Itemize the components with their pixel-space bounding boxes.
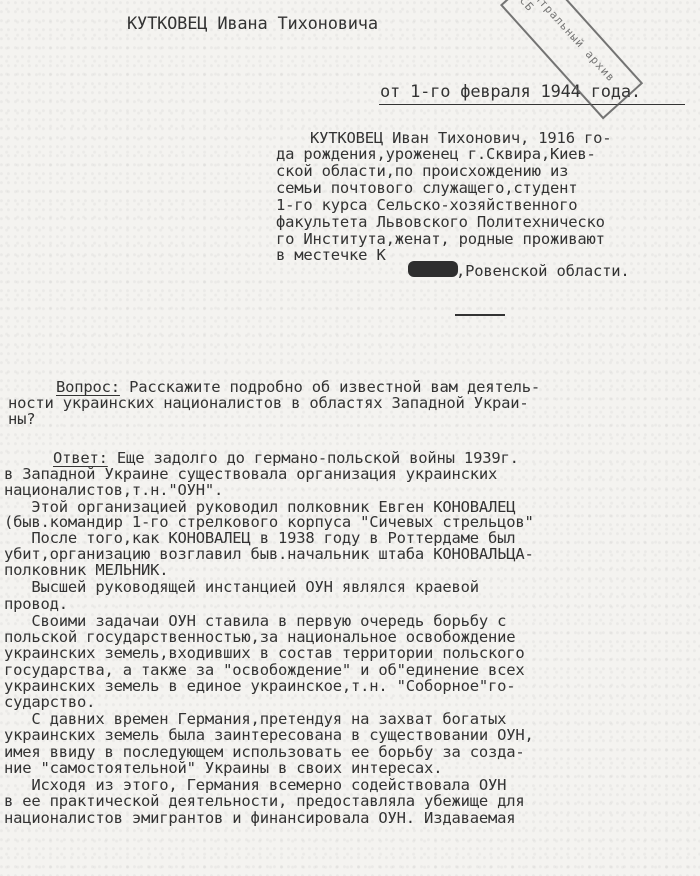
date-underline (379, 104, 685, 105)
text-line: сударство. (4, 695, 95, 711)
line-text: ние "самостоятельной" Украины в своих ин… (4, 759, 442, 777)
line-text: украинских земель была заинтересована в … (4, 726, 534, 744)
line-text: украинских земель,входивших в состав тер… (4, 644, 525, 662)
line-text: ны? (8, 410, 35, 428)
bio-line: в местечке К (276, 248, 386, 264)
bio-line: семьи почтового служащего,студент (276, 181, 577, 197)
text-line: ности украинских националистов в областя… (8, 396, 529, 412)
line-text: полковник МЕЛЬНИК. (4, 561, 168, 579)
text-line: ние "самостоятельной" Украины в своих ин… (4, 761, 442, 777)
line-text: националистов,т.н."ОУН". (4, 481, 223, 499)
line-text: в ее практической деятельности, предоста… (4, 792, 525, 810)
text-line: украинских земель,входивших в состав тер… (4, 646, 525, 662)
bio-line: 1-го курса Сельско-хозяйственного (276, 198, 577, 214)
text-line: националистов,т.н."ОУН". (4, 483, 223, 499)
text-line: в ее практической деятельности, предоста… (4, 794, 525, 810)
line-text: ности украинских националистов в областя… (8, 394, 529, 412)
line-text: провод. (4, 595, 68, 613)
separator-dash (455, 314, 505, 316)
line-text: националистов эмигрантов и финансировала… (4, 809, 515, 827)
line-text: сударство. (4, 693, 95, 711)
bio-line: ской области,по происхождению из (276, 164, 568, 180)
bio-line: да рождения,уроженец г.Сквира,Киев- (276, 147, 596, 163)
document-page: КУТКОВЕЦ Ивана Тихоновича от 1-го феврал… (0, 0, 700, 876)
text-line: Высшей руководящей инстанцией ОУН являлс… (4, 580, 479, 596)
text-line: националистов эмигрантов и финансировала… (4, 811, 515, 827)
text-line: полковник МЕЛЬНИК. (4, 563, 168, 579)
header-name: КУТКОВЕЦ Ивана Тихоновича (127, 16, 378, 33)
bio-line: ,Ровенской области. (456, 264, 630, 280)
line-text: Высшей руководящей инстанцией ОУН являлс… (4, 578, 479, 596)
bio-line: факультета Львовского Политехническо (276, 215, 605, 231)
text-line: провод. (4, 597, 68, 613)
text-line: украинских земель была заинтересована в … (4, 728, 534, 744)
redaction-mark (408, 261, 458, 277)
text-line: ны? (8, 412, 35, 428)
